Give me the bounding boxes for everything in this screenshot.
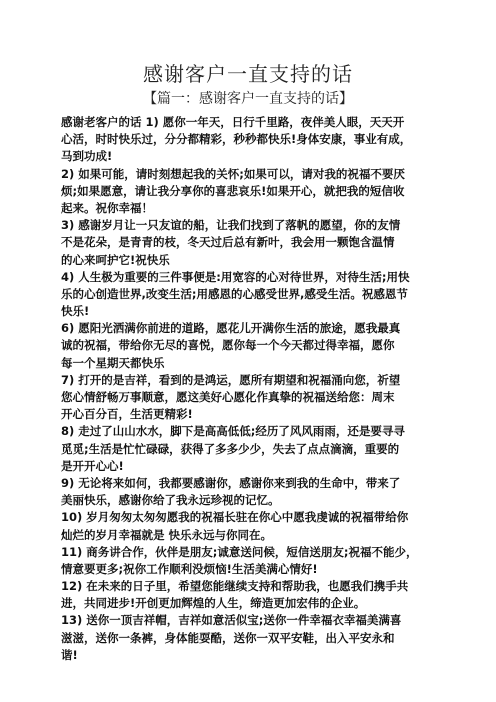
text-line: 谐! [61, 647, 437, 664]
text-line: 是开开心心! [61, 458, 437, 475]
text-line: 9) 无论将来如何，我都要感谢你，感谢你来到我的生命中，带来了 [61, 475, 437, 492]
text-line: 开心百分百，生活更精彩! [61, 406, 437, 423]
text-line: 感谢老客户的话 1) 愿你一年天，日行千里路，夜伴美人眼，天天开 [61, 114, 437, 131]
text-line: 每一个星期天都快乐 [61, 355, 437, 372]
text-line: 不是花朵，是青青的枝，冬天过后总有新叶，我会用一颗饱含温情 [61, 234, 437, 251]
document-page: 感谢客户一直支持的话 【篇一：感谢客户一直支持的话】 感谢老客户的话 1) 愿你… [0, 0, 496, 702]
text-line: 13) 送你一顶吉祥帽，吉祥如意活似宝;送你一件幸福衣幸福美满喜 [61, 612, 437, 629]
text-line: 4) 人生极为重要的三件事便是:用宽容的心对待世界，对待生活;用快 [61, 269, 437, 286]
text-line: 美丽快乐，感谢你给了我永远珍视的记忆。 [61, 492, 437, 509]
text-line: 2) 如果可能，请时刻想起我的关怀;如果可以，请对我的祝福不要厌 [61, 166, 437, 183]
text-line: 起来。祝你幸福！ [61, 200, 437, 217]
text-line: 10) 岁月匆匆太匆匆愿我的祝福长驻在你心中愿我虔诚的祝福带给你 [61, 509, 437, 526]
text-line: 心活，时时快乐过，分分都精彩，秒秒都快乐!身体安康，事业有成， [61, 131, 437, 148]
text-line: 烦;如果愿意，请让我分享你的喜悲哀乐!如果开心，就把我的短信收 [61, 183, 437, 200]
text-line: 6) 愿阳光洒满你前进的道路，愿花儿开满你生活的旅途，愿我最真 [61, 320, 437, 337]
text-line: 8) 走过了山山水水，脚下是高高低低;经历了风风雨雨，还是要寻寻 [61, 423, 437, 440]
text-line: 7) 打开的是吉祥，看到的是鸿运，愿所有期望和祝福涌向您，祈望 [61, 372, 437, 389]
text-line: 3) 感谢岁月让一只友谊的船，让我们找到了落帆的愿望，你的友情 [61, 217, 437, 234]
text-line: 乐的心创造世界,改变生活;用感恩的心感受世界,感受生活。祝感恩节 [61, 286, 437, 303]
text-line: 滋滋，送你一条裤，身体能耍酷，送你一双平安鞋，出入平安永和 [61, 630, 437, 647]
document-title: 感谢客户一直支持的话 [0, 58, 496, 87]
text-line: 的心来呵护它!祝快乐 [61, 252, 437, 269]
document-body: 感谢老客户的话 1) 愿你一年天，日行千里路，夜伴美人眼，天天开心活，时时快乐过… [61, 114, 437, 664]
text-line: 诚的祝福，带给你无尽的喜悦，愿你每一个今天都过得幸福，愿你 [61, 337, 437, 354]
text-line: 12) 在未来的日子里，希望您能继续支持和帮助我，也愿我们携手共 [61, 578, 437, 595]
text-line: 觅觅;生活是忙忙碌碌，获得了多多少少，失去了点点滴滴，重要的 [61, 441, 437, 458]
text-line: 进，共同进步!开创更加辉煌的人生，缔造更加宏伟的企业。 [61, 595, 437, 612]
text-line: 快乐! [61, 303, 437, 320]
text-line: 马到功成! [61, 148, 437, 165]
section-heading: 【篇一：感谢客户一直支持的话】 [0, 88, 496, 108]
text-line: 灿烂的岁月幸福就是 快乐永远与你同在。 [61, 527, 437, 544]
text-line: 11) 商务讲合作，伙伴是朋友;诚意送问候，短信送朋友;祝福不能少， [61, 544, 437, 561]
text-line: 情意要更多;祝你工作顺利没烦恼!生活美满心情好! [61, 561, 437, 578]
text-line: 您心情舒畅万事顺意，愿这美好心愿化作真挚的祝福送给您：周末 [61, 389, 437, 406]
